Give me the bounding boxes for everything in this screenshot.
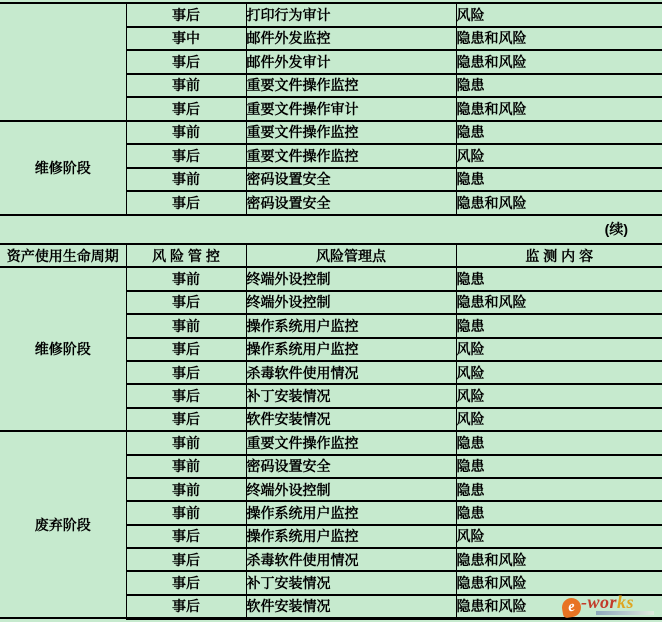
table-row: 维修阶段事前终端外设控制隐患 [0,267,662,290]
risk-point-cell: 软件安装情况 [246,595,456,618]
risk-point-cell: 补丁安装情况 [246,384,456,407]
risk-control-cell: 事后 [126,384,246,407]
lifecycle-phase-cell: 维修阶段 [0,121,126,215]
risk-control-cell: 事后 [126,338,246,361]
risk-control-cell: 事前 [126,121,246,145]
table-row: 废弃阶段事前重要文件操作监控隐患 [0,431,662,454]
risk-control-cell: 事前 [126,501,246,524]
monitor-content-cell: 风险 [456,384,662,407]
risk-point-cell: 邮件外发监控 [246,27,456,51]
monitor-content-cell: 隐患和风险 [456,548,662,571]
risk-control-cell: 事前 [126,267,246,290]
risk-point-cell: 重要文件操作监控 [246,121,456,145]
risk-control-cell: 事后 [126,50,246,74]
risk-point-cell: 操作系统用户监控 [246,314,456,337]
monitor-content-cell: 风险 [456,3,662,27]
risk-control-cell: 事后 [126,291,246,314]
risk-control-cell: 事中 [126,27,246,51]
risk-point-cell: 打印行为审计 [246,3,456,27]
risk-point-cell: 重要文件操作监控 [246,431,456,454]
lifecycle-phase-cell: 废弃阶段 [0,431,126,618]
risk-point-cell: 终端外设控制 [246,267,456,290]
risk-point-cell: 密码设置安全 [246,168,456,192]
monitor-content-cell: 风险 [456,144,662,168]
eworks-e-icon: e [560,596,582,618]
monitor-content-cell: 风险 [456,525,662,548]
continued-marker: (续) [605,219,628,239]
eworks-text-gold: ks [617,592,634,612]
lifecycle-phase-cell: 维修阶段 [0,267,126,431]
column-header: 风 险 管 控 [126,244,246,267]
risk-point-cell: 终端外设控制 [246,291,456,314]
risk-point-cell: 软件安装情况 [246,408,456,431]
risk-point-cell: 重要文件操作审计 [246,97,456,121]
risk-point-cell: 杀毒软件使用情况 [246,361,456,384]
monitor-content-cell: 隐患 [456,168,662,192]
risk-point-cell: 操作系统用户监控 [246,338,456,361]
risk-control-cell: 事后 [126,595,246,618]
risk-point-cell: 密码设置安全 [246,455,456,478]
risk-control-cell: 事前 [126,455,246,478]
lifecycle-phase-cell [0,3,126,121]
monitor-content-cell: 隐患 [456,314,662,337]
column-header: 资产使用生命周期 [0,244,126,267]
monitor-content-cell: 隐患和风险 [456,27,662,51]
watermark-underline [596,611,654,615]
risk-control-cell: 事后 [126,3,246,27]
risk-control-cell: 事后 [126,408,246,431]
eworks-text-dark: -wor [581,592,617,612]
monitor-content-cell: 隐患 [456,501,662,524]
table-row: 维修阶段事前重要文件操作监控隐患 [0,121,662,145]
risk-control-cell: 事后 [126,97,246,121]
risk-control-cell: 事后 [126,548,246,571]
monitor-content-cell: 隐患 [456,267,662,290]
monitor-content-cell: 隐患 [456,478,662,501]
risk-control-cell: 事前 [126,431,246,454]
monitor-content-cell: 风险 [456,338,662,361]
risk-point-cell: 杀毒软件使用情况 [246,548,456,571]
monitor-content-cell: 风险 [456,408,662,431]
table-header-row: 资产使用生命周期风 险 管 控风险管理点监 测 内 容 [0,244,662,267]
monitor-content-cell: 隐患和风险 [456,97,662,121]
risk-point-cell: 密码设置安全 [246,191,456,215]
risk-point-cell: 终端外设控制 [246,478,456,501]
risk-table-lower: 资产使用生命周期风 险 管 控风险管理点监 测 内 容维修阶段事前终端外设控制隐… [0,243,662,620]
monitor-content-cell: 隐患和风险 [456,191,662,215]
monitor-content-cell: 隐患 [456,74,662,98]
risk-control-cell: 事后 [126,361,246,384]
risk-control-cell: 事后 [126,144,246,168]
column-header: 监 测 内 容 [456,244,662,267]
scanned-document-page: 事后打印行为审计风险事中邮件外发监控隐患和风险事后邮件外发审计隐患和风险事前重要… [0,0,662,622]
table-row: 事后打印行为审计风险 [0,3,662,27]
monitor-content-cell: 隐患和风险 [456,291,662,314]
risk-control-cell: 事前 [126,74,246,98]
risk-point-cell: 重要文件操作监控 [246,144,456,168]
risk-control-cell: 事后 [126,191,246,215]
monitor-content-cell: 隐患 [456,455,662,478]
monitor-content-cell: 隐患 [456,121,662,145]
risk-control-cell: 事后 [126,525,246,548]
column-header: 风险管理点 [246,244,456,267]
risk-point-cell: 补丁安装情况 [246,571,456,594]
risk-point-cell: 操作系统用户监控 [246,525,456,548]
monitor-content-cell: 风险 [456,361,662,384]
risk-table-upper: 事后打印行为审计风险事中邮件外发监控隐患和风险事后邮件外发审计隐患和风险事前重要… [0,2,662,216]
monitor-content-cell: 隐患 [456,431,662,454]
risk-control-cell: 事后 [126,571,246,594]
risk-control-cell: 事前 [126,478,246,501]
risk-control-cell: 事前 [126,168,246,192]
eworks-watermark: e-works [562,591,660,619]
risk-point-cell: 操作系统用户监控 [246,501,456,524]
risk-point-cell: 重要文件操作监控 [246,74,456,98]
monitor-content-cell: 隐患和风险 [456,50,662,74]
risk-point-cell: 邮件外发审计 [246,50,456,74]
risk-control-cell: 事前 [126,314,246,337]
